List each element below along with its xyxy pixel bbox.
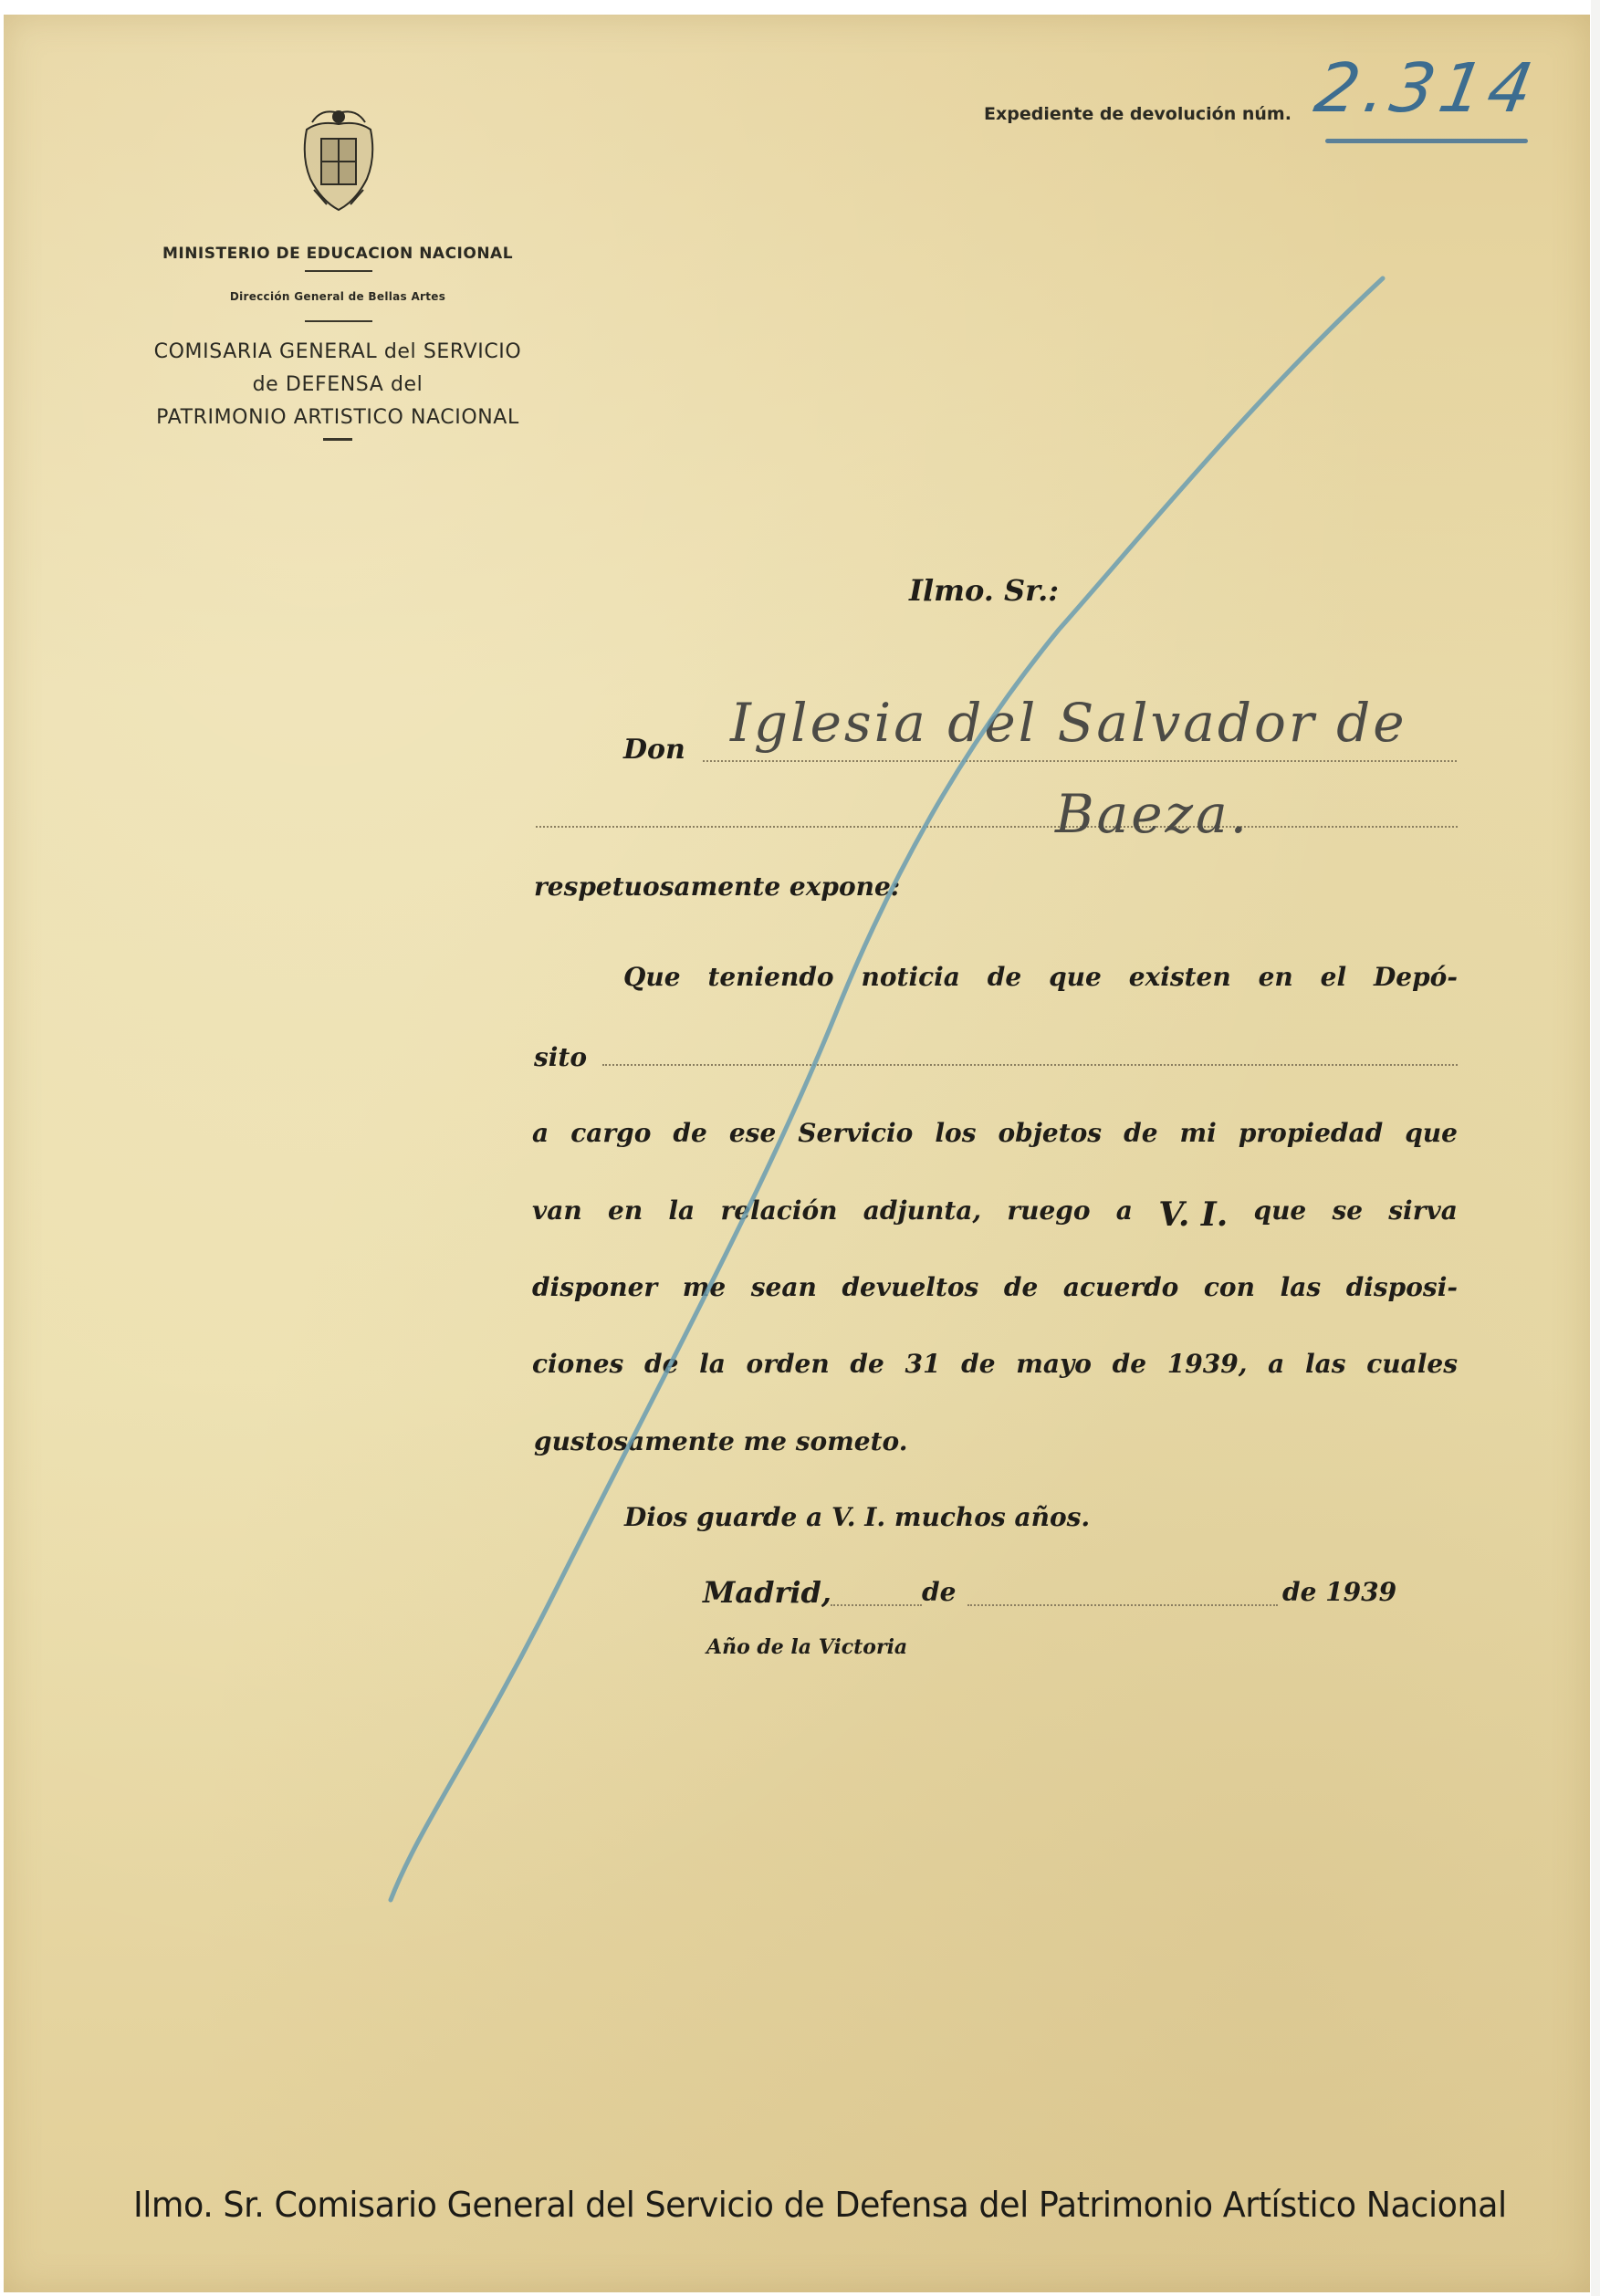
word: cargo	[570, 1118, 651, 1148]
coat-of-arms-icon	[294, 102, 383, 214]
direccion-general: Dirección General de Bellas Artes	[128, 290, 548, 303]
divider	[305, 320, 372, 322]
word: adjunta,	[863, 1195, 981, 1234]
don-label: Don	[623, 734, 685, 766]
word: sirva	[1388, 1195, 1458, 1234]
expediente-number: 2.314	[1309, 49, 1543, 128]
scan-margin	[1591, 0, 1600, 2296]
word: el	[1321, 962, 1346, 992]
word: relación	[720, 1195, 837, 1234]
word: objetos	[999, 1118, 1103, 1148]
expone-text: respetuosamente expone:	[534, 871, 900, 902]
body-line-5: disponer me sean devueltos de acuerdo co…	[532, 1272, 1458, 1302]
day-field[interactable]	[831, 1604, 922, 1606]
body-line-7: gustosamente me someto.	[534, 1426, 907, 1456]
word: a	[1116, 1195, 1133, 1234]
word: ruego	[1007, 1195, 1090, 1234]
name-field-line-2[interactable]	[536, 826, 1458, 828]
word: disposi-	[1346, 1272, 1458, 1302]
salutation: Ilmo. Sr.:	[909, 573, 1059, 608]
word: mi	[1180, 1118, 1217, 1148]
closing-formula: Dios guarde a V. I. muchos años.	[624, 1502, 1090, 1532]
word: a	[532, 1118, 549, 1148]
addressee-footer: Ilmo. Sr. Comisario General del Servicio…	[133, 2185, 1507, 2225]
word: sean	[751, 1272, 817, 1302]
expediente-underline	[1325, 139, 1528, 143]
divider	[323, 438, 352, 441]
word: ese	[729, 1118, 776, 1148]
body-line-1: Que teniendo noticia de que existen en e…	[623, 962, 1458, 992]
word: noticia	[861, 962, 959, 992]
word: Que	[623, 962, 681, 992]
word: en	[608, 1195, 643, 1234]
year-label: de 1939	[1282, 1577, 1396, 1607]
word: se	[1332, 1195, 1363, 1234]
word: 1939,	[1167, 1349, 1248, 1379]
word: acuerdo	[1063, 1272, 1178, 1302]
body-line-4: van en la relación adjunta, ruego a V. I…	[532, 1195, 1458, 1234]
word: de	[1113, 1349, 1146, 1379]
word: devueltos	[842, 1272, 978, 1302]
word: propiedad	[1239, 1118, 1383, 1148]
word: de	[988, 962, 1021, 992]
divider	[305, 270, 372, 272]
ministry-name: MINISTERIO DE EDUCACION NACIONAL	[128, 245, 548, 263]
word: en	[1259, 962, 1293, 992]
word: disponer	[532, 1272, 657, 1302]
deposito-label: sito	[534, 1042, 587, 1072]
word: la	[668, 1195, 695, 1234]
word: de	[644, 1349, 678, 1379]
comisaria-line: COMISARIA GENERAL del SERVICIO	[128, 336, 548, 369]
body-line-6: ciones de la orden de 31 de mayo de 1939…	[532, 1349, 1458, 1379]
word: V. I.	[1158, 1195, 1228, 1234]
word: ciones	[532, 1349, 623, 1379]
word: los	[935, 1118, 976, 1148]
word: de	[673, 1118, 706, 1148]
month-field[interactable]	[967, 1604, 1278, 1606]
ano-victoria: Año de la Victoria	[706, 1635, 907, 1659]
comisaria-line: PATRIMONIO ARTISTICO NACIONAL	[128, 402, 548, 434]
word: existen	[1129, 962, 1231, 992]
comisaria-line: de DEFENSA del	[128, 369, 548, 402]
name-field-line-1[interactable]	[703, 760, 1457, 762]
body-line-3: a cargo de ese Servicio los objetos de m…	[532, 1118, 1458, 1148]
handwritten-name-1: Iglesia del Salvador de	[730, 692, 1407, 754]
deposito-field[interactable]	[602, 1064, 1458, 1066]
word: que	[1254, 1195, 1307, 1234]
word: de	[1124, 1118, 1157, 1148]
word: orden	[747, 1349, 830, 1379]
word: teniendo	[707, 962, 833, 992]
word: Depó-	[1374, 962, 1458, 992]
word: con	[1204, 1272, 1255, 1302]
word: que	[1049, 962, 1102, 992]
word: de	[850, 1349, 884, 1379]
word: que	[1405, 1118, 1458, 1148]
word: 31	[905, 1349, 941, 1379]
word: Servicio	[798, 1118, 913, 1148]
word: de	[1004, 1272, 1038, 1302]
word: van	[532, 1195, 582, 1234]
word: cuales	[1366, 1349, 1458, 1379]
word: la	[699, 1349, 726, 1379]
handwritten-name-2: Baeza.	[1055, 783, 1250, 845]
word: a	[1268, 1349, 1284, 1379]
word: las	[1281, 1272, 1322, 1302]
word: las	[1305, 1349, 1346, 1379]
word: mayo	[1016, 1349, 1092, 1379]
comisaria-title: COMISARIA GENERAL del SERVICIO de DEFENS…	[128, 336, 548, 434]
expediente-label: Expediente de devolución núm.	[984, 104, 1292, 124]
place-label: Madrid,	[703, 1575, 831, 1610]
de-label: de	[922, 1577, 956, 1607]
word: de	[961, 1349, 995, 1379]
word: me	[683, 1272, 726, 1302]
